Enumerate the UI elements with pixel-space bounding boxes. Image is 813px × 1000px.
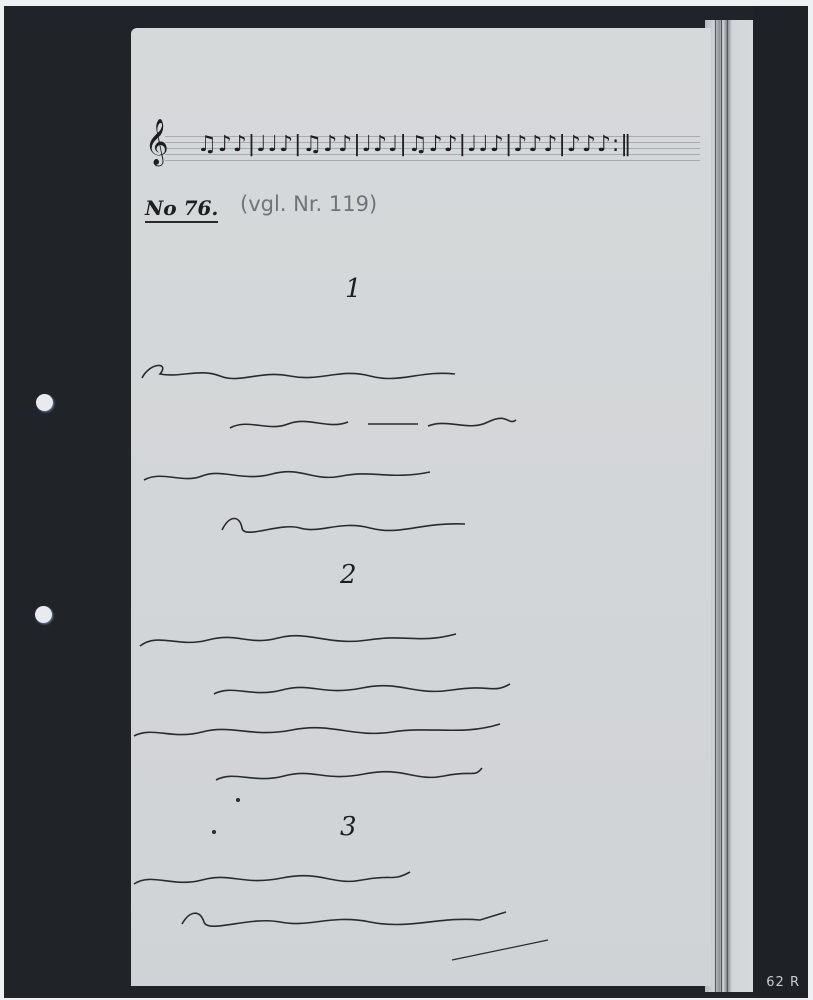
note-sequence: ♫♪♪|♩♩♪|♫♪♪|♩♪♩|♫♪♪|♩♩♪|♪♪♪|♪♪♪:‖ <box>197 132 632 157</box>
script-line <box>212 678 512 704</box>
script-line <box>214 764 484 790</box>
music-incipit: 𝄞 ♫♪♪|♩♩♪|♫♪♪|♩♪♩|♫♪♪|♩♩♪|♪♪♪|♪♪♪:‖ <box>145 128 700 168</box>
back-cover: 62 R <box>753 6 808 998</box>
script-line <box>140 360 460 386</box>
cross-reference: (vgl. Nr. 119) <box>240 192 377 216</box>
closing-stroke <box>450 936 550 962</box>
script-line <box>228 412 518 438</box>
song-number: No 76. <box>145 196 218 223</box>
script-line <box>220 512 470 538</box>
book-gutter <box>705 20 753 992</box>
manuscript-page <box>131 28 711 986</box>
stanza-number: 3 <box>340 812 357 842</box>
stanza-number: 2 <box>340 560 357 590</box>
script-line <box>142 464 432 490</box>
punch-hole <box>36 394 53 411</box>
ink-dot <box>236 798 240 802</box>
script-line <box>138 628 458 654</box>
script-line <box>132 720 502 746</box>
stanza-number: 1 <box>345 274 362 304</box>
treble-clef-icon: 𝄞 <box>145 122 169 162</box>
punch-hole <box>35 606 52 623</box>
archive-mark: 62 R <box>766 975 800 990</box>
ink-dot <box>212 830 216 834</box>
script-line <box>180 906 510 932</box>
script-line <box>132 868 412 894</box>
